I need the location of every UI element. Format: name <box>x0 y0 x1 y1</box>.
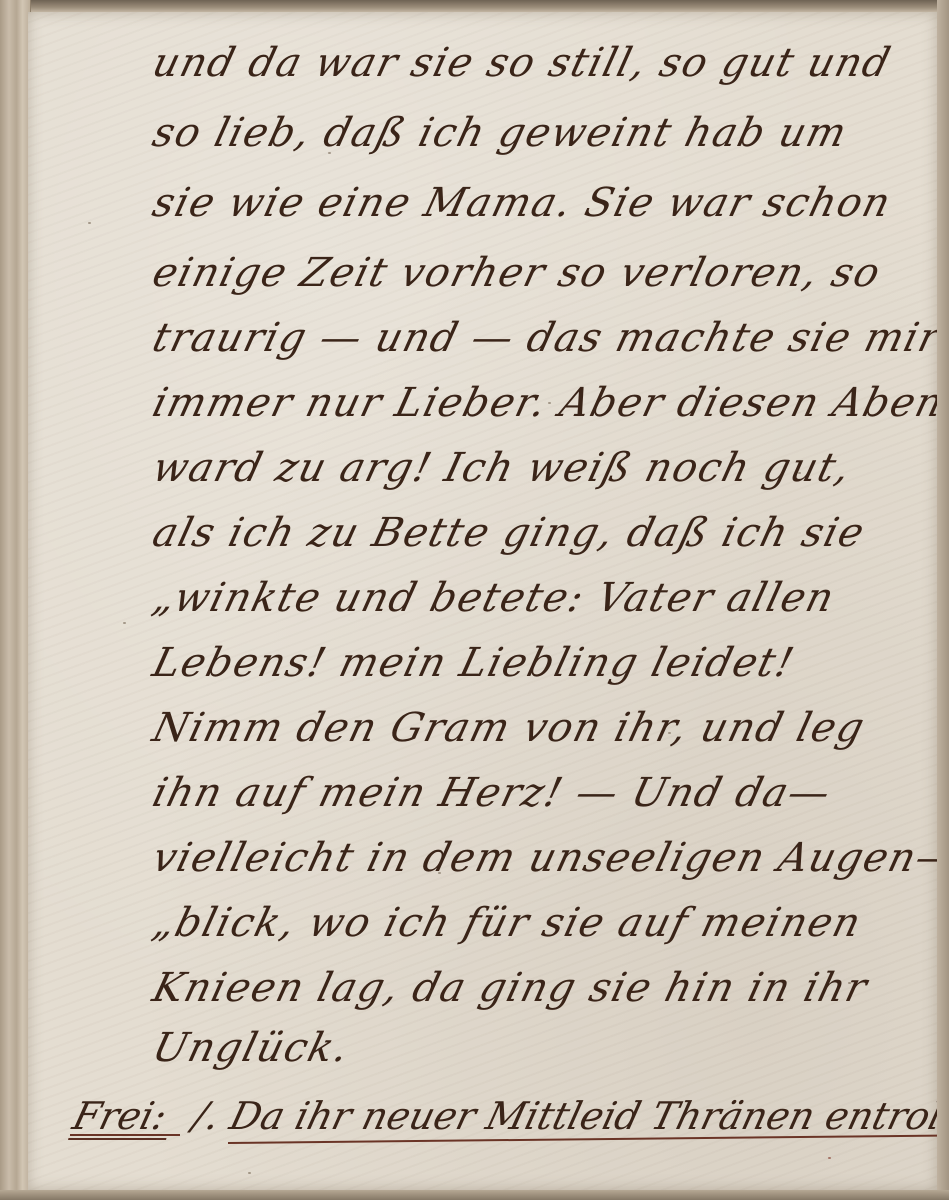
paper-speck <box>123 622 126 624</box>
paper-speck <box>548 402 551 404</box>
page-right-edge <box>937 0 949 1200</box>
page-top-edge <box>0 0 949 12</box>
text-line-3: sie wie eine Mama. Sie war schon <box>148 180 896 226</box>
footer-annotation: Frei: /. Da ihr neuer Mittleid Thränen e… <box>68 1094 949 1140</box>
manuscript-page: und da war sie so still, so gut und so l… <box>28 12 943 1190</box>
text-line-7: ward zu arg! Ich weiß noch gut, <box>148 445 856 491</box>
page-bottom-edge <box>0 1190 949 1200</box>
text-line-5: traurig — und — das machte sie mir <box>148 315 945 361</box>
paper-speck <box>798 472 801 474</box>
paper-speck <box>668 732 671 734</box>
manuscript-scan: und da war sie so still, so gut und so l… <box>0 0 949 1200</box>
paper-speck <box>328 152 331 154</box>
text-line-2: so lieb, daß ich geweint hab um <box>148 110 852 156</box>
text-line-9: „winkte und betete: Vater allen <box>148 575 840 621</box>
paper-speck <box>248 1172 251 1174</box>
footer-text: /. Da ihr neuer Mittleid Thränen entroll… <box>189 1094 949 1138</box>
text-line-1: und da war sie so still, so gut und <box>148 40 896 86</box>
text-line-11: Nimm den Gram von ihr, und leg <box>148 705 870 751</box>
paper-speck <box>848 982 851 984</box>
paper-speck <box>438 872 441 874</box>
text-line-15: Knieen lag, da ging sie hin in ihr <box>148 965 873 1011</box>
book-binding <box>0 0 31 1200</box>
text-line-10: Lebens! mein Liebling leidet! <box>148 640 799 686</box>
text-line-4: einige Zeit vorher so verloren, so <box>148 250 886 296</box>
text-line-13: vielleicht in dem unseeligen Augen— <box>148 835 949 881</box>
paper-speck <box>828 1157 831 1159</box>
footer-label: Frei: <box>68 1094 177 1140</box>
text-line-16: Unglück. <box>148 1025 354 1071</box>
text-line-12: ihn auf mein Herz! — Und da— <box>148 770 836 816</box>
paper-speck <box>88 222 91 224</box>
text-line-14: „blick, wo ich für sie auf meinen <box>148 900 867 946</box>
text-line-8: als ich zu Bette ging, daß ich sie <box>148 510 870 556</box>
